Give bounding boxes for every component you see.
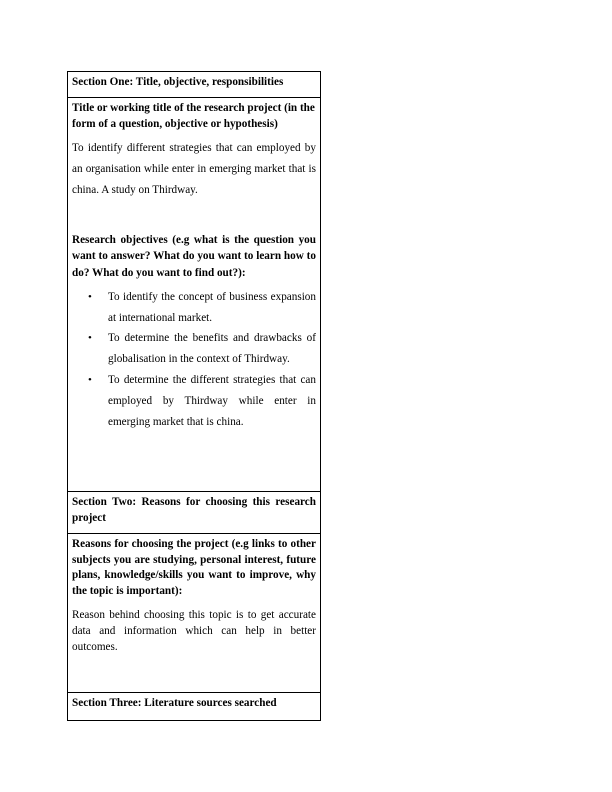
objective-text: To identify the concept of business expa… — [108, 291, 316, 324]
title-prompt: Title or working title of the research p… — [72, 101, 316, 132]
objective-item: • To determine the benefits and drawback… — [86, 328, 316, 370]
title-objectives-row: Title or working title of the research p… — [68, 98, 320, 492]
section-two-row: Section Two: Reasons for choosing this r… — [68, 492, 320, 534]
objectives-list: • To identify the concept of business ex… — [72, 287, 316, 433]
section-three-heading: Section Three: Literature sources search… — [72, 696, 316, 712]
document-page: Section One: Title, objective, responsib… — [0, 0, 612, 792]
section-one-row: Section One: Title, objective, responsib… — [68, 72, 320, 98]
objective-text: To determine the different strategies th… — [108, 374, 316, 428]
research-proposal-table: Section One: Title, objective, responsib… — [67, 71, 321, 721]
reasons-answer: Reason behind choosing this topic is to … — [72, 607, 316, 655]
objective-item: • To identify the concept of business ex… — [86, 287, 316, 329]
bullet-icon: • — [88, 328, 92, 349]
section-two-heading: Section Two: Reasons for choosing this r… — [72, 495, 316, 526]
reasons-row: Reasons for choosing the project (e.g li… — [68, 534, 320, 693]
reasons-prompt: Reasons for choosing the project (e.g li… — [72, 537, 316, 599]
section-three-row: Section Three: Literature sources search… — [68, 693, 320, 720]
bullet-icon: • — [88, 370, 92, 391]
objectives-prompt: Research objectives (e.g what is the que… — [72, 232, 316, 281]
title-answer: To identify different strategies that ca… — [72, 138, 316, 201]
objective-text: To determine the benefits and drawbacks … — [108, 332, 316, 365]
bullet-icon: • — [88, 287, 92, 308]
section-one-heading: Section One: Title, objective, responsib… — [72, 75, 316, 91]
objective-item: • To determine the different strategies … — [86, 370, 316, 432]
